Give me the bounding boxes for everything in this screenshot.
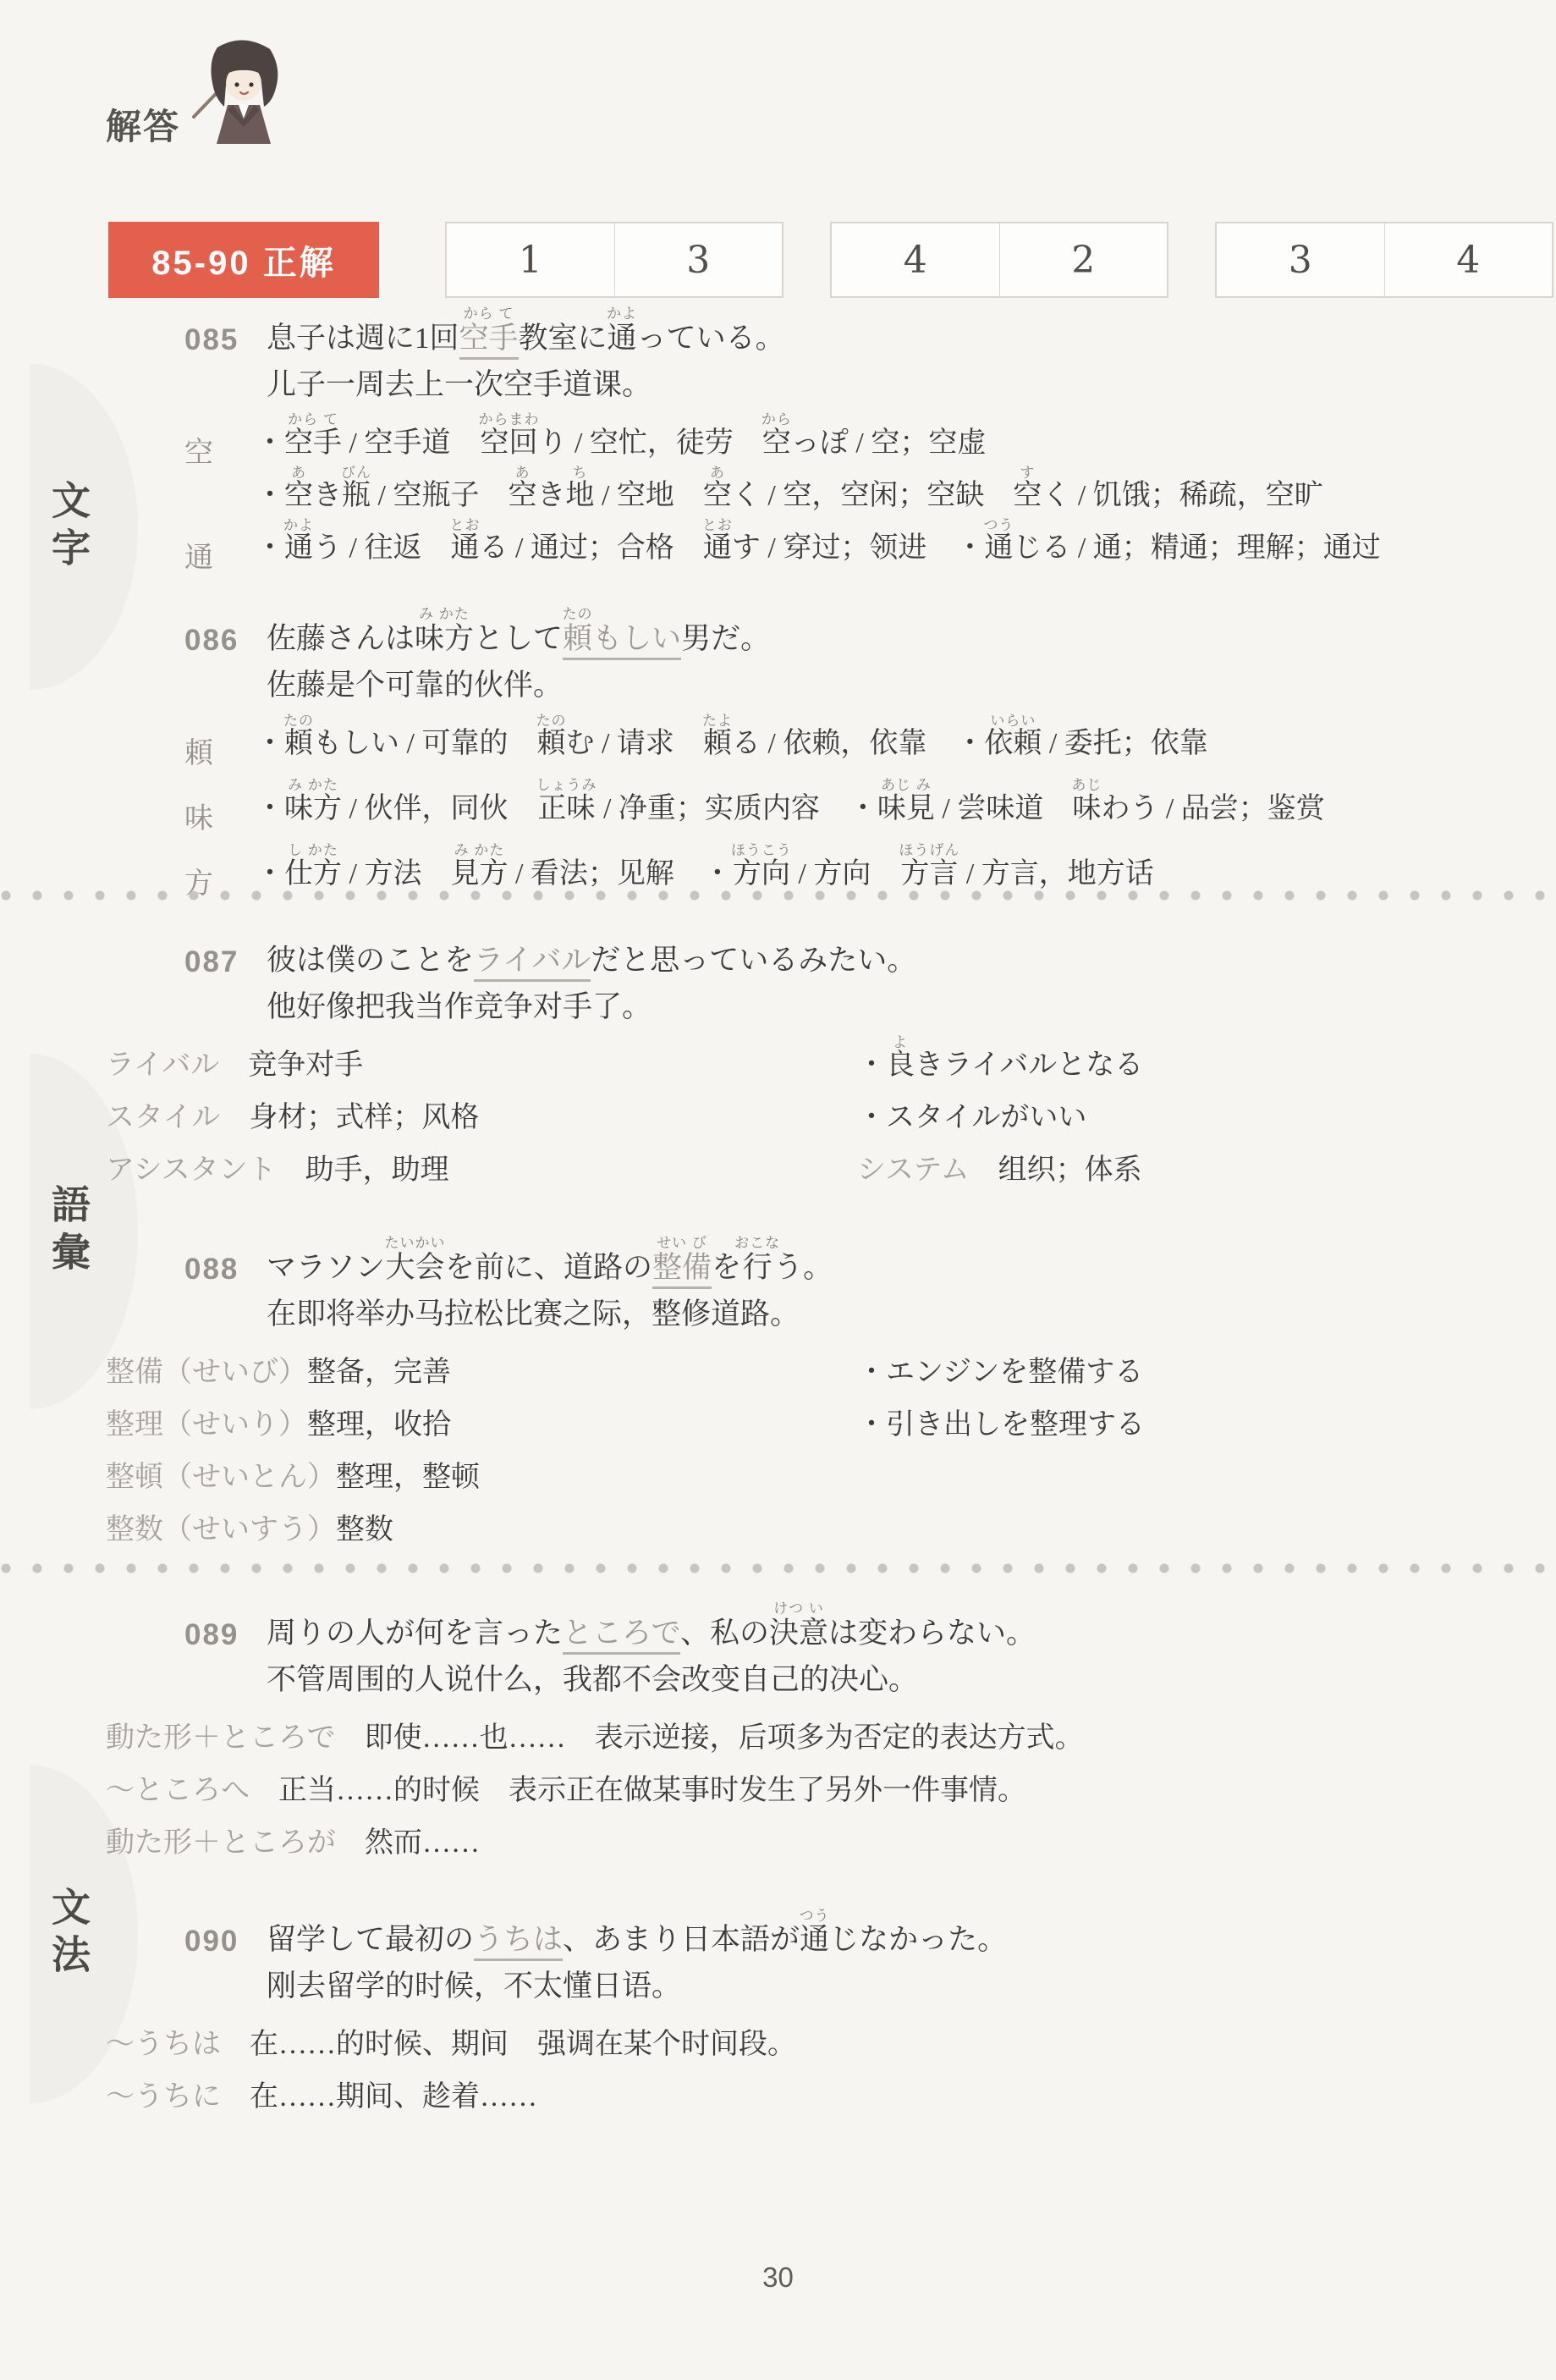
sentence-translation: 在即将举办马拉松比赛之际，整修道路。	[267, 1293, 1556, 1335]
answer-box-3: 3 4	[1215, 222, 1553, 298]
answer-bar: 85-90 正解 1 3 4 2 3 4	[108, 222, 1553, 298]
question-number: 086	[184, 605, 267, 658]
answer-box-1: 1 3	[445, 222, 783, 298]
sentence-translation: 刚去留学的时候，不太懂日语。	[267, 1965, 1556, 2007]
vocab-left: アシスタント 助手，助理	[106, 1138, 857, 1185]
kanji-lines: ・空手から て / 空手道 空回からまわり / 空忙，徒劳 空からっぽ / 空；…	[256, 410, 1556, 510]
kanji-line: ・空手から て / 空手道 空回からまわり / 空忙，徒劳 空からっぽ / 空；…	[256, 410, 1556, 458]
dotted-divider	[0, 890, 1556, 901]
sentence-translation: 不管周围的人说什么，我都不会改变自己的决心。	[267, 1659, 1556, 1700]
vocab-right: ・良よきライバルとなる	[857, 1033, 1556, 1080]
example-sentence: 彼は僕のことをライバルだと思っているみたい。	[267, 927, 916, 979]
vocab-row: ライバル 竞争对手 ・良よきライバルとなる	[106, 1033, 1556, 1080]
question-number: 087	[184, 927, 267, 979]
vocab-row: 整頓（せいとん）整理，整顿	[106, 1445, 1556, 1492]
vocab-row: 整数（せいすう）整数	[106, 1497, 1556, 1545]
vocab-left: 整数（せいすう）整数	[106, 1497, 857, 1545]
answer-cell-89: 3	[1217, 223, 1384, 296]
section-head: 090 留学して最初のうちは、あまり日本語が通つうじなかった。	[184, 1906, 1556, 1959]
section-head: 086 佐藤さんは味方み かたとして頼たのもしい男だ。	[184, 605, 1556, 658]
grammar-row: ～うちに 在……期间、趁着……	[106, 2064, 1556, 2112]
vocab-left: 整理（せいり）整理，收拾	[106, 1392, 857, 1440]
page-number: 30	[0, 2262, 1556, 2294]
vocab-right: システム 组织；体系	[857, 1138, 1556, 1185]
question-number: 089	[184, 1600, 267, 1652]
kanji-lines: ・通かよう / 往返 通とおる / 通过；合格 通とおす / 穿过；领进 ・通つ…	[256, 515, 1556, 576]
section-090: 090 留学して最初のうちは、あまり日本語が通つうじなかった。 刚去留学的时候，…	[0, 1906, 1556, 2112]
example-sentence: 佐藤さんは味方み かたとして頼たのもしい男だ。	[267, 605, 770, 658]
vocab-right: ・エンジンを整備する	[857, 1340, 1556, 1387]
sentence-translation: 佐藤是个可靠的伙伴。	[267, 664, 1556, 706]
kanji-label: 味	[184, 776, 256, 836]
kanji-row: 味 ・味方み かた / 伙伴，同伙 正味しょうみ / 净重；实质内容 ・味見あじ…	[184, 776, 1556, 836]
answer-range-label: 85-90 正解	[108, 222, 379, 298]
kanji-line: ・空あき瓶びん / 空瓶子 空あき地ち / 空地 空あく / 空，空闲；空缺 空…	[256, 463, 1556, 510]
vocab-left: 整備（せいび）整备，完善	[106, 1340, 857, 1387]
kanji-row: 通 ・通かよう / 往返 通とおる / 通过；合格 通とおす / 穿过；领进 ・…	[184, 515, 1556, 576]
kanji-row: 頼 ・頼たのもしい / 可靠的 頼たのむ / 请求 頼たよる / 依赖，依靠 ・…	[184, 711, 1556, 771]
vocab-right: ・引き出しを整理する	[857, 1392, 1556, 1440]
vocab-row: 整理（せいり）整理，收拾 ・引き出しを整理する	[106, 1392, 1556, 1440]
kanji-line: ・通かよう / 往返 通とおる / 通过；合格 通とおす / 穿过；领进 ・通つ…	[256, 515, 1556, 563]
vocab-right: ・スタイルがいい	[857, 1085, 1556, 1132]
example-sentence: マラソン大会たいかいを前に、道路の整備せい びを行おこなう。	[267, 1234, 833, 1286]
answer-page: 文字 語彙 文法 解答 85-90 正解 1 3 4	[0, 0, 1556, 2380]
kanji-label: 通	[184, 515, 256, 576]
example-sentence: 息子は週に1回空手から て教室に通かよっている。	[267, 305, 785, 357]
grammar-row: 動た形＋ところで 即使……也…… 表示逆接，后项多为否定的表达方式。	[106, 1705, 1556, 1753]
vocab-left: ライバル 竞争对手	[106, 1033, 857, 1080]
kanji-lines: ・頼たのもしい / 可靠的 頼たのむ / 请求 頼たよる / 依赖，依靠 ・依頼…	[256, 711, 1556, 771]
kanji-label: 頼	[184, 711, 256, 771]
kanji-lines: ・味方み かた / 伙伴，同伙 正味しょうみ / 净重；实质内容 ・味見あじ み…	[256, 776, 1556, 836]
section-089: 089 周りの人が何を言ったところで、私の決意けつ いは変わらない。 不管周围的…	[0, 1600, 1556, 1858]
question-number: 085	[184, 305, 267, 357]
answer-cell-87: 4	[832, 223, 999, 296]
grammar-row: 動た形＋ところが 然而……	[106, 1810, 1556, 1858]
answer-cell-88: 2	[999, 223, 1168, 296]
kanji-label: 空	[184, 410, 256, 510]
section-085: 085 息子は週に1回空手から て教室に通かよっている。 儿子一周去上一次空手道…	[0, 305, 1556, 576]
dotted-divider	[0, 1562, 1556, 1574]
teacher-illustration	[180, 32, 307, 159]
answer-cell-90: 4	[1384, 223, 1553, 296]
vocab-row: 整備（せいび）整备，完善 ・エンジンを整備する	[106, 1340, 1556, 1387]
section-head: 085 息子は週に1回空手から て教室に通かよっている。	[184, 305, 1556, 357]
section-head: 088 マラソン大会たいかいを前に、道路の整備せい びを行おこなう。	[184, 1234, 1556, 1286]
kanji-line: ・仕方し かた / 方法 見方み かた / 看法；见解 ・方向ほうこう / 方向…	[256, 841, 1556, 889]
vocab-row: スタイル 身材；式样；风格 ・スタイルがいい	[106, 1085, 1556, 1132]
answer-cell-85: 1	[447, 223, 614, 296]
kanji-line: ・味方み かた / 伙伴，同伙 正味しょうみ / 净重；实质内容 ・味見あじ み…	[256, 776, 1556, 824]
section-head: 089 周りの人が何を言ったところで、私の決意けつ いは変わらない。	[184, 1600, 1556, 1652]
vocab-row: アシスタント 助手，助理 システム 组织；体系	[106, 1138, 1556, 1185]
sentence-translation: 他好像把我当作竞争对手了。	[267, 986, 1556, 1027]
header-title: 解答	[106, 99, 180, 150]
kanji-row: 空 ・空手から て / 空手道 空回からまわり / 空忙，徒劳 空からっぽ / …	[184, 410, 1556, 510]
kanji-line: ・頼たのもしい / 可靠的 頼たのむ / 请求 頼たよる / 依赖，依靠 ・依頼…	[256, 711, 1556, 758]
vocab-left: 整頓（せいとん）整理，整顿	[106, 1445, 857, 1492]
section-088: 088 マラソン大会たいかいを前に、道路の整備せい びを行おこなう。 在即将举办…	[0, 1234, 1556, 1545]
section-087: 087 彼は僕のことをライバルだと思っているみたい。 他好像把我当作竞争对手了。…	[0, 927, 1556, 1185]
section-head: 087 彼は僕のことをライバルだと思っているみたい。	[184, 927, 1556, 979]
answer-cell-86: 3	[614, 223, 783, 296]
example-sentence: 留学して最初のうちは、あまり日本語が通つうじなかった。	[267, 1906, 1007, 1959]
sentence-translation: 儿子一周去上一次空手道课。	[267, 364, 1556, 405]
section-086: 086 佐藤さんは味方み かたとして頼たのもしい男だ。 佐藤是个可靠的伙伴。 頼…	[0, 605, 1556, 901]
example-sentence: 周りの人が何を言ったところで、私の決意けつ いは変わらない。	[267, 1600, 1036, 1652]
answer-box-2: 4 2	[830, 222, 1168, 298]
vocab-left: スタイル 身材；式样；风格	[106, 1085, 857, 1132]
question-number: 090	[184, 1906, 267, 1959]
grammar-row: ～ところへ 正当……的时候 表示正在做某事时发生了另外一件事情。	[106, 1758, 1556, 1805]
grammar-row: ～うちは 在……的时候、期间 强调在某个时间段。	[106, 2012, 1556, 2059]
question-number: 088	[184, 1234, 267, 1286]
page-header: 解答	[106, 32, 360, 163]
